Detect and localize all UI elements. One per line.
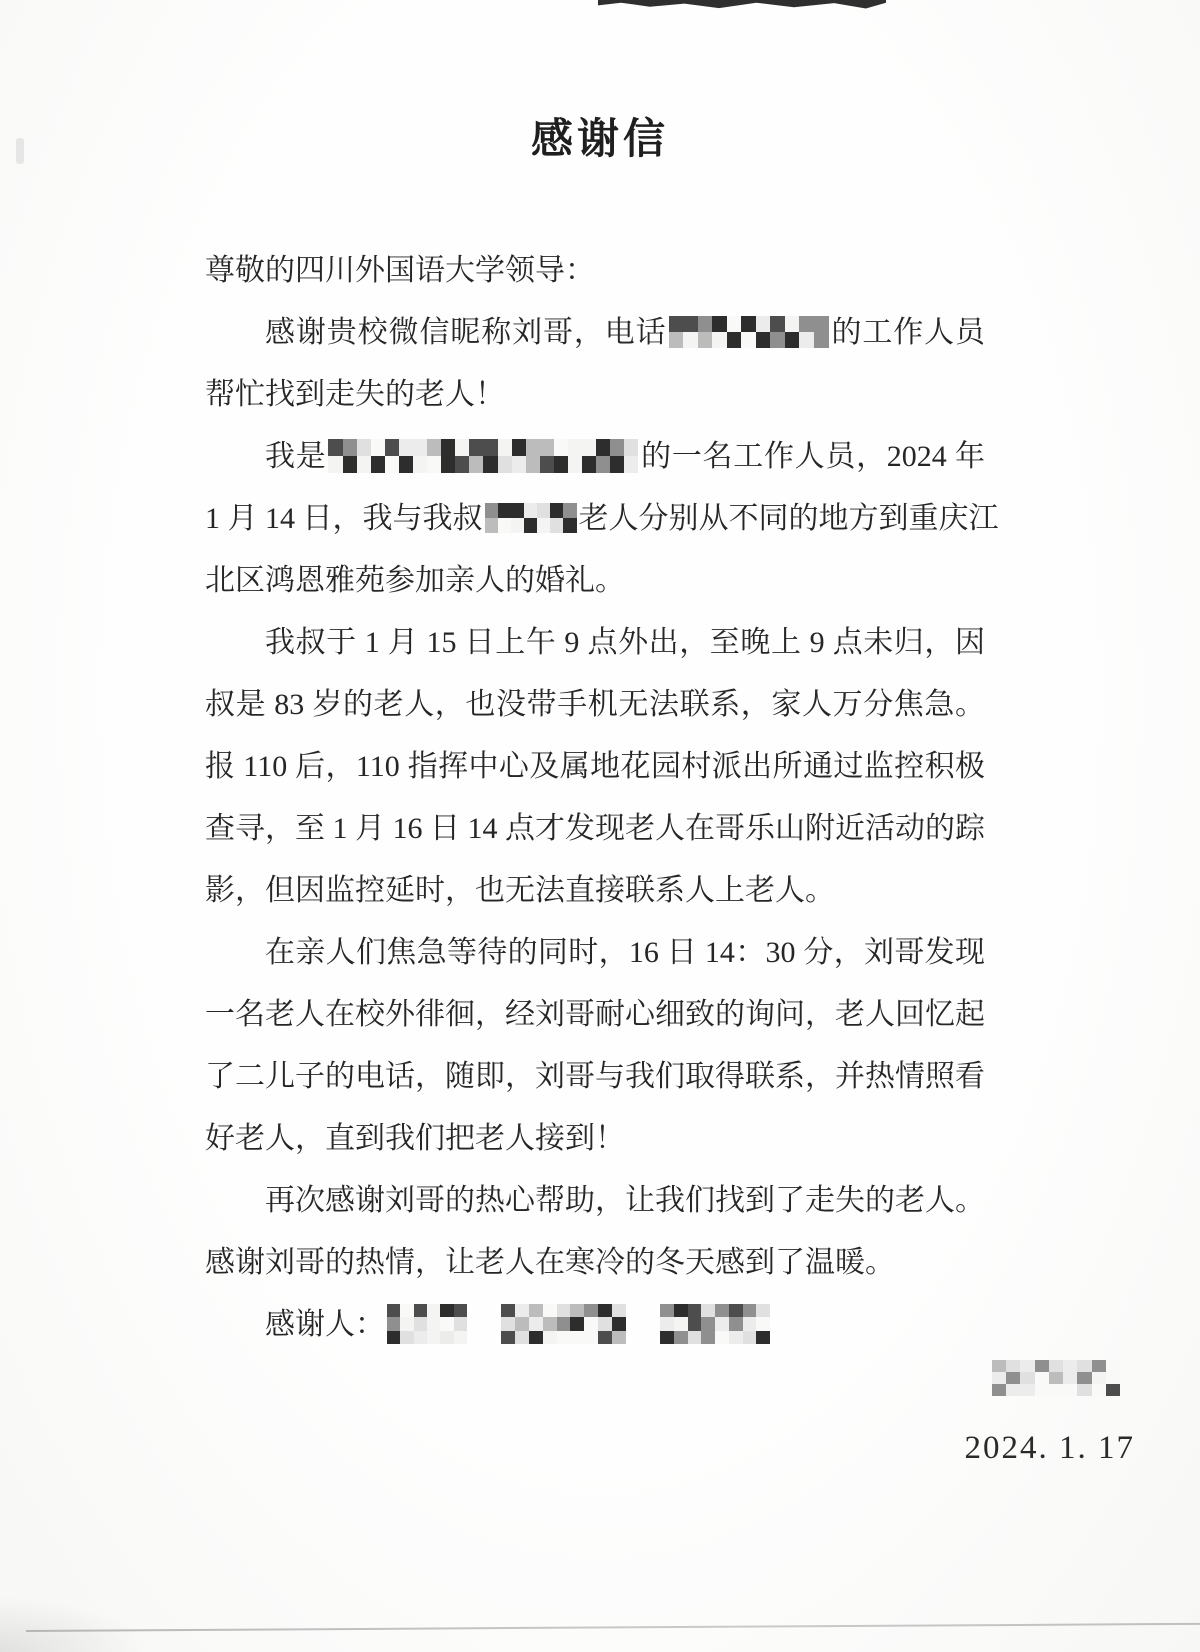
scan-artifact-bottom-line [26, 1623, 1200, 1632]
letter-line: 尊敬的四川外国语大学领导： [205, 240, 985, 302]
letter-text [628, 1308, 658, 1341]
letter-line: 感谢刘哥的热情，让老人在寒冷的冬天感到了温暖。 [205, 1232, 985, 1294]
letter-body: 尊敬的四川外国语大学领导：感谢贵校微信昵称刘哥，电话的工作人员帮忙找到走失的老人… [205, 240, 985, 1356]
letter-text: 报 110 后，110 指挥中心及属地花园村派出所通过监控积极 [205, 750, 985, 783]
letter-line: 了二儿子的电话，随即，刘哥与我们取得联系，并热情照看 [205, 1046, 985, 1108]
redacted-text [669, 316, 829, 348]
letter-line: 在亲人们焦急等待的同时，16 日 14：30 分，刘哥发现 [205, 922, 985, 984]
letter-title: 感谢信 [0, 0, 1200, 168]
redacted-text [387, 1304, 467, 1344]
letter-text: 影，但因监控延时，也无法直接联系人上老人。 [205, 874, 835, 907]
letter-line: 再次感谢刘哥的热心帮助，让我们找到了走失的老人。 [205, 1170, 985, 1232]
letter-text: 老人分别从不同的地方到重庆江 [579, 502, 999, 535]
letter-line: 1 月 14 日，我与我叔老人分别从不同的地方到重庆江 [205, 488, 985, 550]
letter-text [469, 1308, 499, 1341]
letter-text: 的工作人员 [831, 316, 985, 349]
scan-artifact-smudge [16, 138, 24, 164]
scan-artifact-corner-shadow [0, 1596, 150, 1652]
signature-row [0, 1362, 1200, 1400]
scanned-letter-page: 感谢信 尊敬的四川外国语大学领导：感谢贵校微信昵称刘哥，电话的工作人员帮忙找到走… [0, 0, 1200, 1652]
letter-line: 叔是 83 岁的老人，也没带手机无法联系，家人万分焦急。 [205, 674, 985, 736]
letter-line: 报 110 后，110 指挥中心及属地花园村派出所通过监控积极 [205, 736, 985, 798]
redacted-text [501, 1304, 626, 1344]
letter-text: 在亲人们焦急等待的同时，16 日 14：30 分，刘哥发现 [265, 936, 985, 969]
letter-line: 好老人，直到我们把老人接到！ [205, 1108, 985, 1170]
letter-text: 的一名工作人员，2024 年 [640, 440, 985, 473]
redacted-text [485, 503, 577, 533]
letter-text: 叔是 83 岁的老人，也没带手机无法联系，家人万分焦急。 [205, 688, 985, 721]
letter-line: 感谢贵校微信昵称刘哥，电话的工作人员 [205, 302, 985, 364]
letter-line: 一名老人在校外徘徊，经刘哥耐心细致的询问，老人回忆起 [205, 984, 985, 1046]
letter-text: 我叔于 1 月 15 日上午 9 点外出，至晚上 9 点未归，因 [265, 626, 985, 659]
letter-text: 1 月 14 日，我与我叔 [205, 502, 483, 535]
redacted-text [328, 439, 638, 473]
letter-text: 好老人，直到我们把老人接到！ [205, 1122, 625, 1155]
redacted-signature [992, 1360, 1120, 1396]
letter-text: 我是 [265, 440, 326, 473]
letter-text: 一名老人在校外徘徊，经刘哥耐心细致的询问，老人回忆起 [205, 998, 985, 1031]
letter-text: 感谢贵校微信昵称刘哥，电话 [265, 316, 667, 349]
letter-text: 帮忙找到走失的老人！ [205, 378, 505, 411]
letter-text: 感谢人： [265, 1308, 385, 1341]
letter-date: 2024. 1. 17 [0, 1426, 1200, 1470]
letter-line: 影，但因监控延时，也无法直接联系人上老人。 [205, 860, 985, 922]
letter-text: 感谢刘哥的热情，让老人在寒冷的冬天感到了温暖。 [205, 1246, 895, 1279]
redacted-text [660, 1304, 770, 1344]
letter-text: 再次感谢刘哥的热心帮助，让我们找到了走失的老人。 [265, 1184, 985, 1217]
letter-text: 查寻，至 1 月 16 日 14 点才发现老人在哥乐山附近活动的踪 [205, 812, 985, 845]
letter-line: 我叔于 1 月 15 日上午 9 点外出，至晚上 9 点未归，因 [205, 612, 985, 674]
letter-line: 查寻，至 1 月 16 日 14 点才发现老人在哥乐山附近活动的踪 [205, 798, 985, 860]
letter-text: 北区鸿恩雅苑参加亲人的婚礼。 [205, 564, 625, 597]
letter-text: 了二儿子的电话，随即，刘哥与我们取得联系，并热情照看 [205, 1060, 985, 1093]
letter-line: 北区鸿恩雅苑参加亲人的婚礼。 [205, 550, 985, 612]
letter-line: 帮忙找到走失的老人！ [205, 364, 985, 426]
letter-line: 我是的一名工作人员，2024 年 [205, 426, 985, 488]
letter-text: 尊敬的四川外国语大学领导： [205, 254, 595, 287]
letter-line: 感谢人： [205, 1294, 985, 1356]
